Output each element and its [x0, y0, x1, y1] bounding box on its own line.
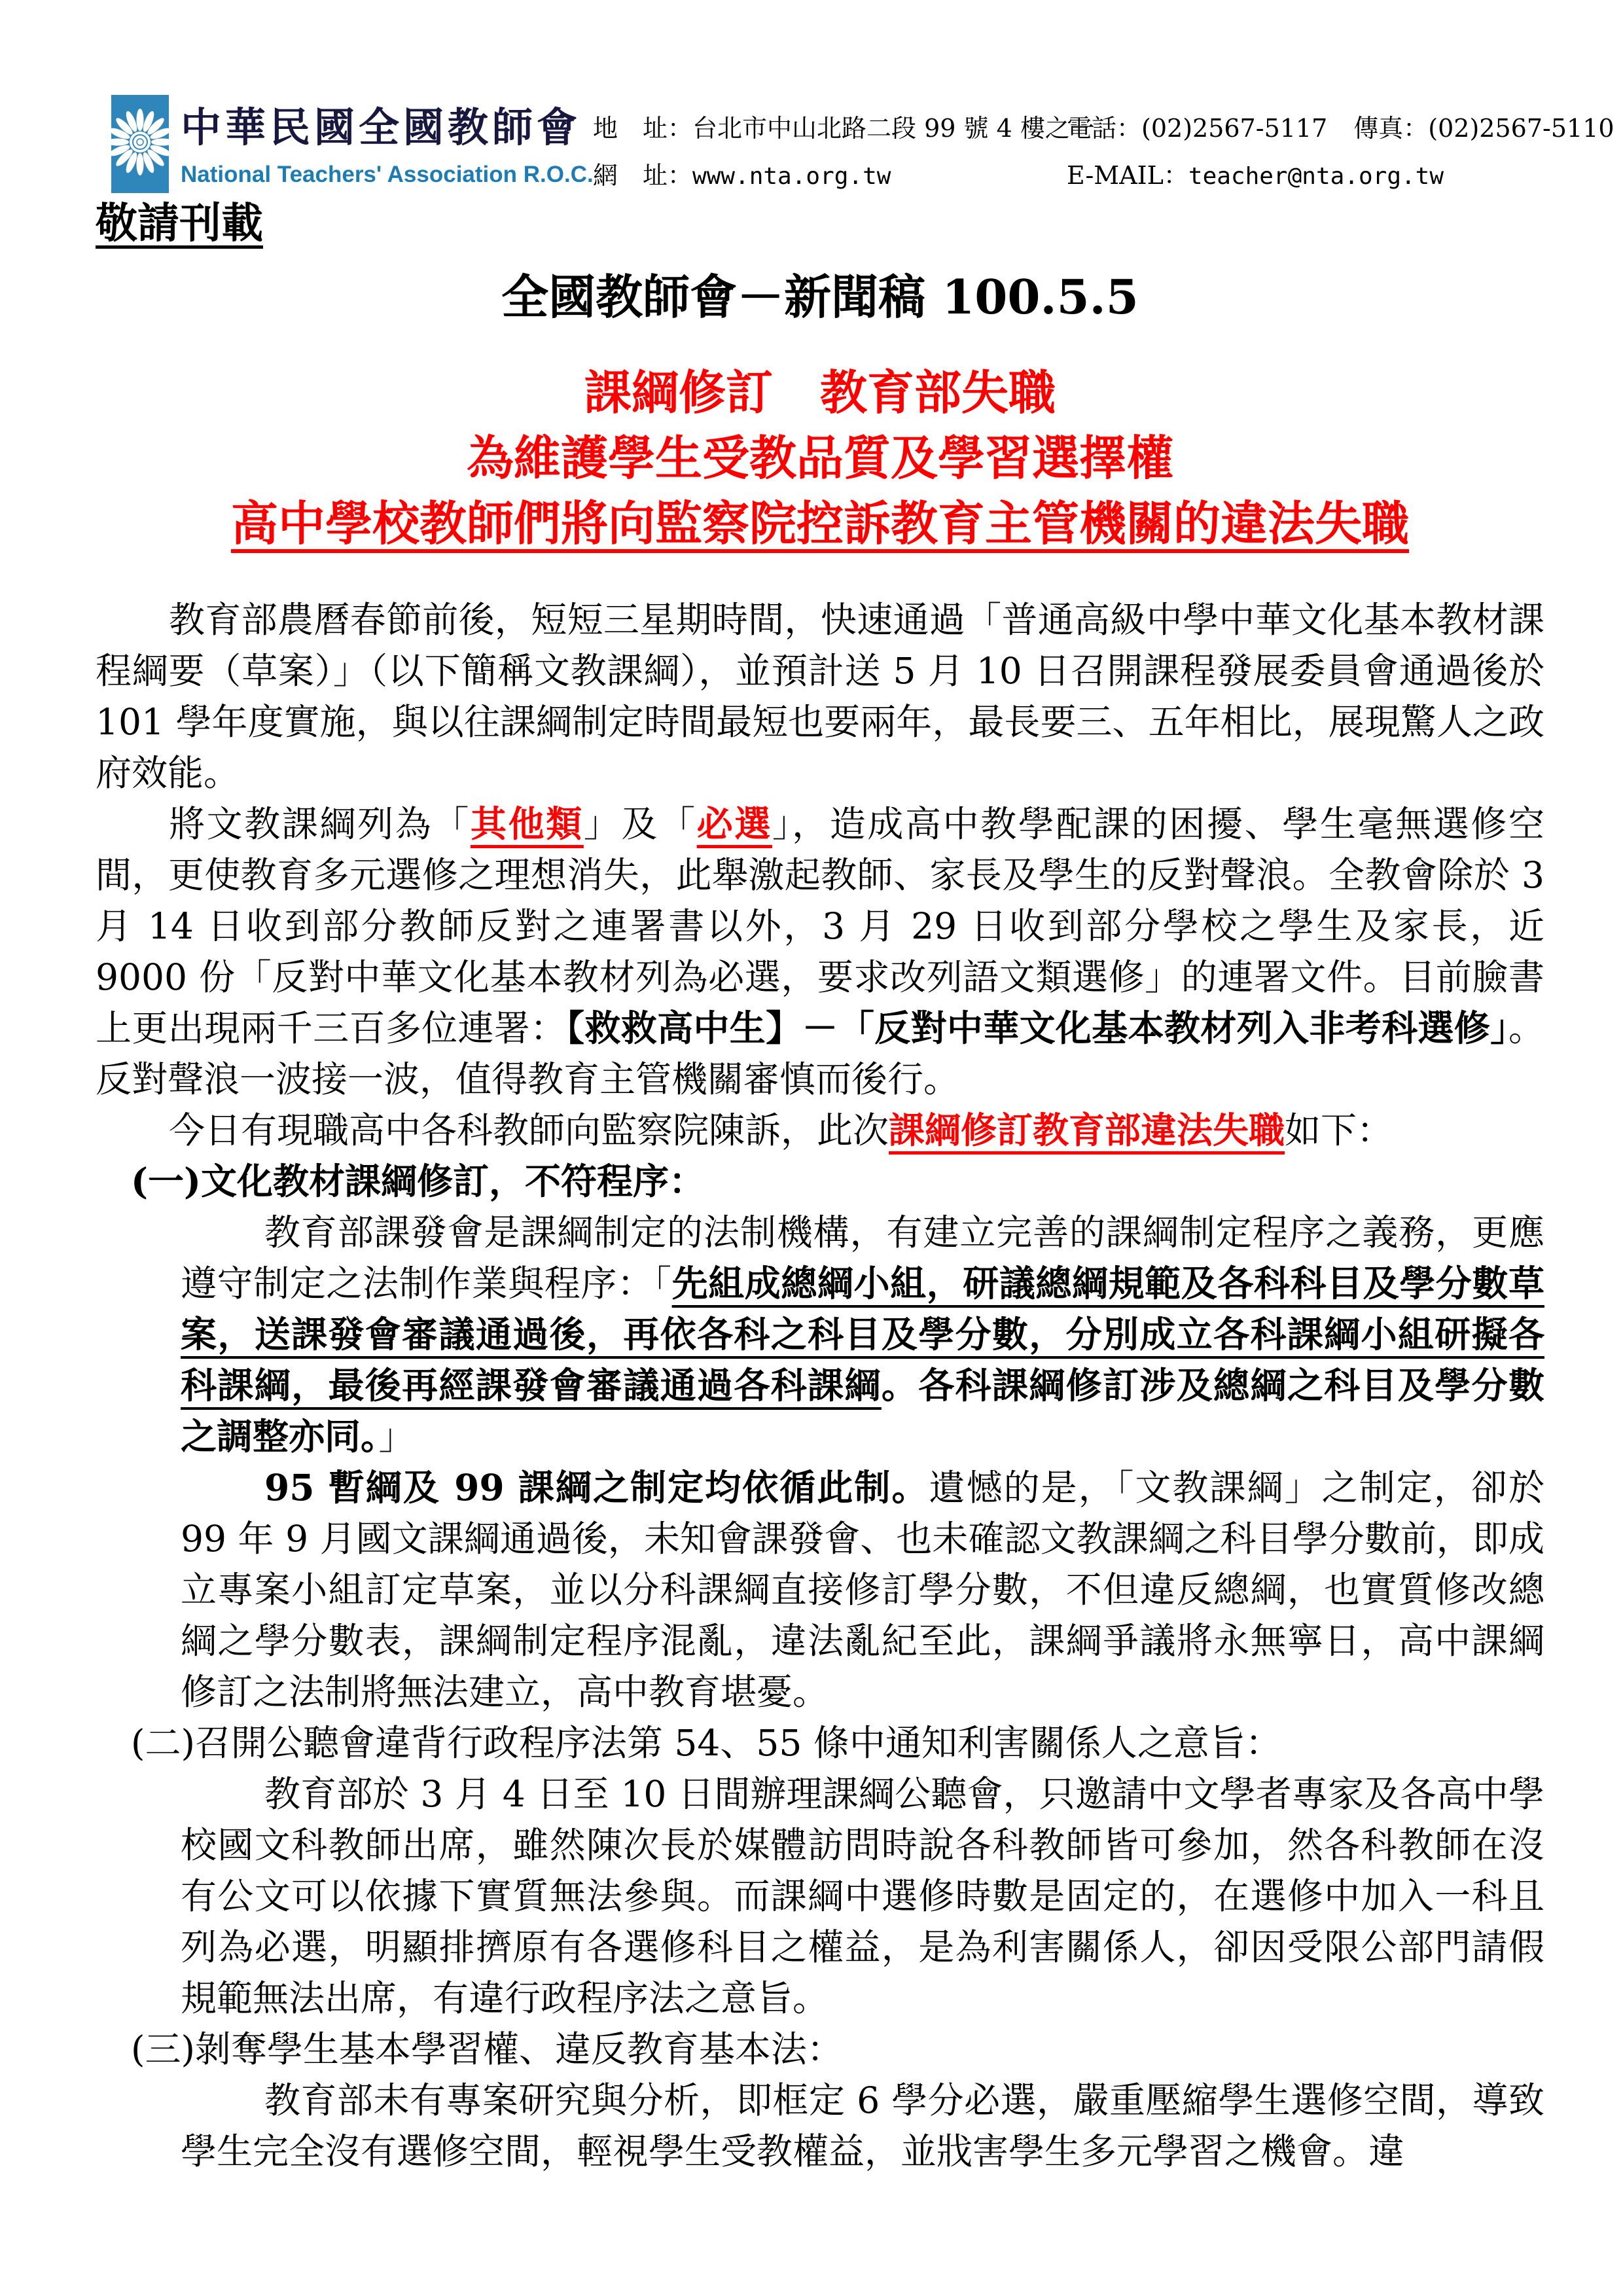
headline-line-2: 為維護學生受教品質及學習選擇權: [96, 425, 1544, 491]
headline-line-1: 課綱修訂 教育部失職: [96, 360, 1544, 425]
org-name-en: National Teachers' Association R.O.C.: [181, 160, 594, 189]
fax-value: (02)2567-5110: [1428, 114, 1614, 143]
text-run: 」及「: [584, 803, 697, 845]
address-line: 地 址：台北市中山北路二段 99 號 4 樓之一: [593, 105, 1067, 152]
section-3-heading: (三)剝奪學生基本學習權、違反教育基本法：: [131, 2024, 1544, 2075]
section-2-paragraph-1: 教育部於 3 月 4 日至 10 日間辦理課綱公聽會，只邀請中文學者專家及各高中…: [181, 1768, 1544, 2024]
address-label: 地 址：: [593, 114, 692, 143]
bold-petition-title: 【救救高中生】－「反對中華文化基本教材列入非考科選修」: [567, 1007, 1508, 1049]
text-run: 」: [379, 1416, 415, 1458]
website-value[interactable]: www.nta.org.tw: [692, 163, 891, 190]
website-label: 網 址：: [593, 161, 692, 190]
headline-line-3: 高中學校教師們將向監察院控訴教育主管機關的違法失職: [96, 491, 1544, 556]
phone-label: 電話：: [1067, 114, 1141, 143]
text-run: 今日有現職高中各科教師向監察院陳訴，此次: [169, 1109, 889, 1151]
bold-95-99-note: 95 暫綱及 99 課綱之制定均依循此制。: [264, 1466, 929, 1509]
org-name-zh: 中華民國全國教師會: [181, 95, 594, 160]
logo-text-block: 中華民國全國教師會 National Teachers' Association…: [181, 95, 594, 189]
email-value[interactable]: teacher@nta.org.tw: [1188, 163, 1444, 190]
phone-value: (02)2567-5117: [1141, 114, 1327, 143]
website-line: 網 址：www.nta.org.tw: [593, 152, 1067, 200]
address-value: 台北市中山北路二段 99 號 4 樓之一: [692, 114, 1095, 143]
article-text: 教育部農曆春節前後，短短三星期時間，快速通過「普通高級中學中華文化基本教材課程綱…: [96, 594, 1544, 2177]
publish-notice: 敬請刊載: [96, 196, 263, 251]
contact-row-2: 網 址：www.nta.org.tw E-MAIL：teacher@nta.or…: [593, 152, 1614, 200]
letterhead: 中華民國全國教師會 National Teachers' Association…: [111, 95, 594, 193]
section-2-heading: (二)召開公聽會違背行政程序法第 54、55 條中通知利害關係人之意旨：: [131, 1717, 1544, 1768]
paragraph-2: 將文教課綱列為「其他類」及「必選」，造成高中教學配課的困擾、學生毫無選修空間，更…: [96, 798, 1544, 1105]
highlight-required: 必選: [697, 802, 772, 845]
nta-logo-icon: [111, 95, 169, 193]
email-label: E-MAIL：: [1067, 161, 1188, 190]
section-1-heading: (一)文化教材課綱修訂，不符程序：: [131, 1156, 1544, 1207]
red-headline: 課綱修訂 教育部失職 為維護學生受教品質及學習選擇權 高中學校教師們將向監察院控…: [96, 360, 1544, 556]
section-3-paragraph-1: 教育部未有專案研究與分析，即框定 6 學分必選，嚴重壓縮學生選修空間，導致學生完…: [181, 2075, 1544, 2177]
text-run: 教育部未有專案研究與分析，即框定 6 學分必選，嚴重壓縮學生選修空間，導致學生完…: [181, 2079, 1544, 2172]
contact-block: 地 址：台北市中山北路二段 99 號 4 樓之一 電話：(02)2567-511…: [593, 105, 1614, 200]
phone-fax-line: 電話：(02)2567-5117傳真：(02)2567-5110: [1067, 105, 1614, 152]
press-release-page: 中華民國全國教師會 National Teachers' Association…: [0, 0, 1623, 2296]
highlight-other-category: 其他類: [471, 802, 584, 845]
text-run: 教育部於 3 月 4 日至 10 日間辦理課綱公聽會，只邀請中文學者專家及各高中…: [181, 1773, 1544, 2019]
text-run: 如下：: [1285, 1109, 1393, 1151]
email-line: E-MAIL：teacher@nta.org.tw: [1067, 152, 1444, 200]
document-body: 敬請刊載 全國教師會－新聞稿 100.5.5 課綱修訂 教育部失職 為維護學生受…: [0, 196, 1623, 2177]
contact-row-1: 地 址：台北市中山北路二段 99 號 4 樓之一 電話：(02)2567-511…: [593, 105, 1614, 152]
fax-label: 傳真：: [1353, 114, 1428, 143]
paragraph-1: 教育部農曆春節前後，短短三星期時間，快速通過「普通高級中學中華文化基本教材課程綱…: [96, 594, 1544, 798]
section-1-paragraph-1: 教育部課發會是課綱制定的法制機構，有建立完善的課綱制定程序之義務，更應遵守制定之…: [181, 1207, 1544, 1462]
text-run: 教育部農曆春節前後，短短三星期時間，快速通過「普通高級中學中華文化基本教材課程綱…: [96, 599, 1544, 794]
highlight-accusation: 課綱修訂教育部違法失職: [889, 1109, 1285, 1151]
text-run: 將文教課綱列為「: [169, 803, 471, 845]
paragraph-3: 今日有現職高中各科教師向監察院陳訴，此次課綱修訂教育部違法失職如下：: [96, 1105, 1544, 1156]
page-title: 全國教師會－新聞稿 100.5.5: [96, 263, 1544, 331]
section-1-paragraph-2: 95 暫綱及 99 課綱之制定均依循此制。遺憾的是，「文教課綱」之制定，卻於 9…: [181, 1462, 1544, 1717]
